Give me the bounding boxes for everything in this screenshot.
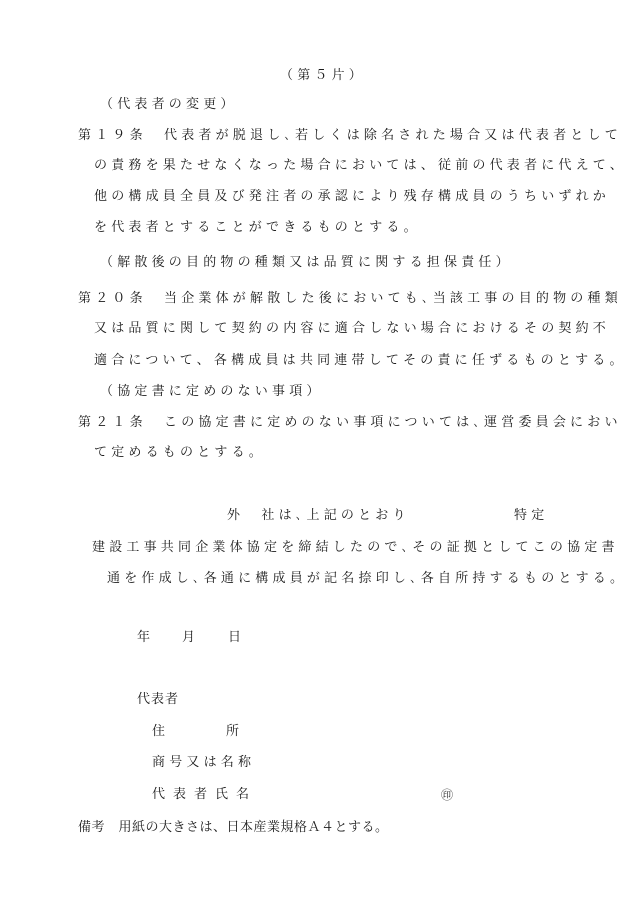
article-20-line-1: 第２０条 当企業体が解散した後においても､当該工事の目的物の種類 [78,291,622,307]
article-21-line-1: 第２１条 この協定書に定めのない事項については､運営委員会におい [78,415,622,431]
address-label-2: 所 [226,724,243,740]
article-20-line-2: 又は品質に関して契約の内容に適合しない場合におけるその契約不 [94,321,610,337]
closing-line-1-left: 外 社は､上記のとおり [227,508,410,524]
date-month: 月 [182,630,199,646]
article-21-line-2: て定めるものとする。 [94,445,266,461]
company-name-label: 商号又は名称 [152,755,255,771]
article-19-line-3: 他の構成員全員及び発注者の承認により残存構成員のうちいずれか [94,189,610,205]
closing-line-2: 建設工事共同企業体協定を締結したので､その証拠としてこの協定書 [92,540,619,556]
date-year: 年 [137,630,154,646]
article-19-line-1: 第１９条 代表者が脱退し､若しくは除名された場合又は代表者として [78,128,622,144]
paper-size-note: 備考 用紙の大きさは、日本産業規格Ａ４とする。 [78,820,389,836]
article-20-line-3: 適合について、各構成員は共同連帯してその責に任ずるものとする。 [94,353,627,369]
seal-icon: ㊞ [441,787,453,803]
article-19-line-2: の責務を果たせなくなった場合においては、従前の代表者に代えて、 [94,158,627,174]
closing-line-3: 通を作成し､各通に構成員が記名捺印し､各自所持するものとする。 [107,571,627,587]
representative-label: 代表者 [137,692,179,708]
article-20-heading: （解散後の目的物の種類又は品質に関する担保責任） [100,255,513,271]
address-label-1: 住 [152,724,169,740]
article-19-heading: （代表者の変更） [100,97,238,113]
article-19-line-4: を代表者とすることができるものとする。 [94,220,421,236]
date-day: 日 [228,630,245,646]
article-21-heading: （協定書に定めのない事項） [100,384,324,400]
rep-name-label: 代表者氏名 [152,787,257,803]
closing-line-1-right: 特定 [514,508,548,524]
page-label: （第５片） [280,68,366,84]
